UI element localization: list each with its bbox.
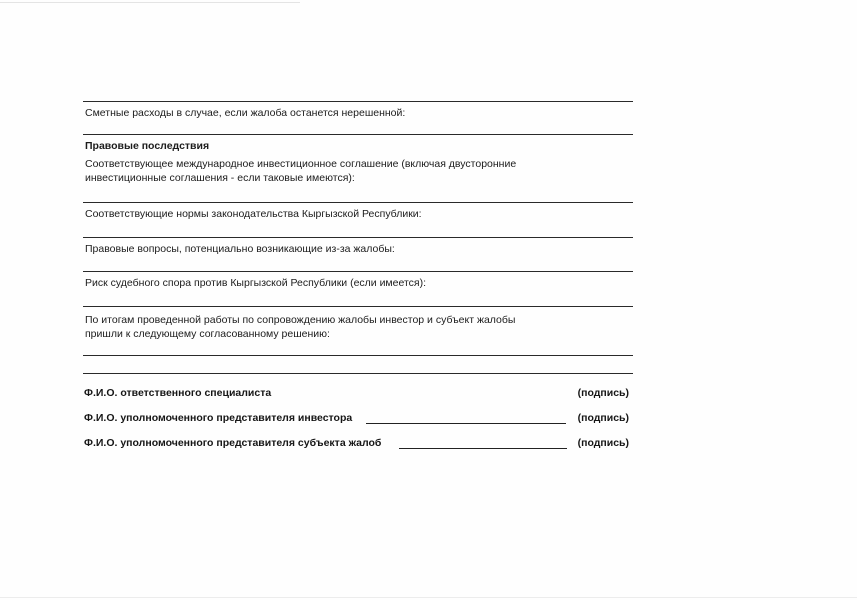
scanned-document-page: Сметные расходы в случае, если жалоба ос…	[0, 0, 857, 600]
signature-placeholder: (подпись)	[578, 412, 629, 424]
legal-issues-field-line	[83, 271, 633, 272]
legislation-field-line	[83, 237, 633, 238]
investment-agreement-field-line	[83, 202, 633, 203]
outcome-field-line-2	[83, 373, 633, 374]
litigation-risk-field-line	[83, 306, 633, 307]
scan-artifact-bottom	[0, 597, 857, 598]
signature-row-investor-rep: Ф.И.О. уполномоченного представителя инв…	[84, 412, 629, 426]
signature-placeholder: (подпись)	[578, 437, 629, 449]
signature-field-line	[366, 423, 566, 424]
investment-agreement-label-line1: Соответствующее международное инвестицио…	[85, 157, 516, 171]
outcome-field-line-1	[83, 355, 633, 356]
signature-label: Ф.И.О. ответственного специалиста	[84, 387, 271, 399]
signature-field-line	[399, 448, 567, 449]
legal-issues-label: Правовые вопросы, потенциально возникающ…	[85, 242, 395, 256]
legal-consequences-heading: Правовые последствия	[85, 139, 209, 153]
signature-label: Ф.И.О. уполномоченного представителя суб…	[84, 437, 381, 449]
outcome-label-line1: По итогам проведенной работы по сопровож…	[85, 313, 515, 327]
signature-row-complaint-subject-rep: Ф.И.О. уполномоченного представителя суб…	[84, 437, 629, 451]
cost-estimate-label: Сметные расходы в случае, если жалоба ос…	[85, 106, 405, 120]
signature-placeholder: (подпись)	[578, 387, 629, 399]
litigation-risk-label: Риск судебного спора против Кыргызской Р…	[85, 276, 426, 290]
signature-row-specialist: Ф.И.О. ответственного специалиста (подпи…	[84, 387, 629, 401]
cost-estimate-field-line	[83, 134, 633, 135]
divider-line	[83, 101, 633, 102]
outcome-label-line2: пришли к следующему согласованному решен…	[85, 327, 330, 341]
investment-agreement-label-line2: инвестиционные соглашения - если таковые…	[85, 171, 355, 185]
legislation-label: Соответствующие нормы законодательства К…	[85, 207, 422, 221]
scan-artifact-top	[0, 2, 300, 3]
signature-label: Ф.И.О. уполномоченного представителя инв…	[84, 412, 352, 424]
